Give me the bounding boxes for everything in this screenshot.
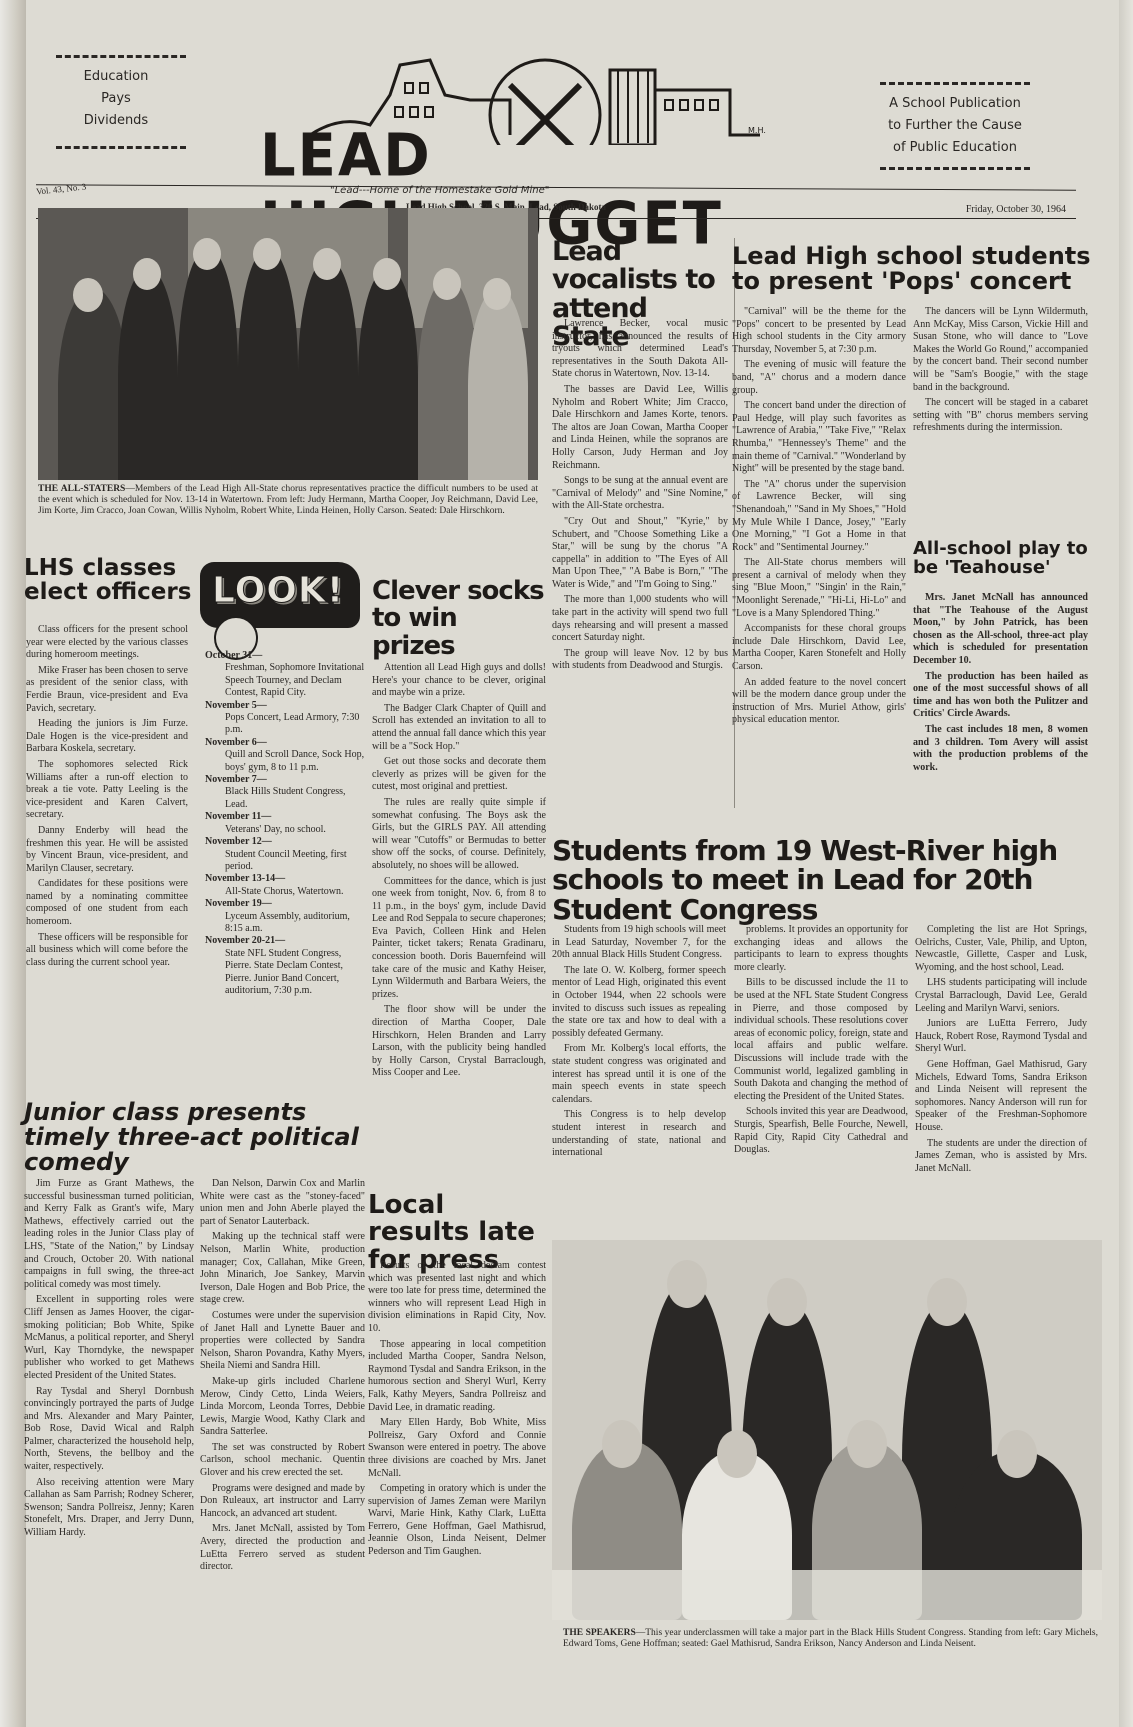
article-teahouse: Mrs. Janet McNall has announced that "Th… <box>913 592 1088 777</box>
issue-date: Friday, October 30, 1964 <box>966 204 1066 215</box>
caption-lead: THE SPEAKERS <box>563 1628 636 1638</box>
all-staters-caption: THE ALL-STATERS—Members of the Lead High… <box>38 484 538 517</box>
calendar-entry: October 31—Freshman, Sophomore Invitatio… <box>205 650 365 700</box>
article-junior-play-col2: Dan Nelson, Darwin Cox and Marlin White … <box>200 1178 365 1577</box>
ear-line: to Further the Cause <box>860 115 1050 137</box>
calendar-entry: November 5—Pops Concert, Lead Armory, 7:… <box>205 700 365 737</box>
article-officers: Class officers for the present school ye… <box>26 624 188 972</box>
page-edge <box>1119 0 1133 1727</box>
calendar-entry: November 19—Lyceum Assembly, auditorium,… <box>205 898 365 935</box>
speakers-caption: THE SPEAKERS—This year underclassmen wil… <box>563 1628 1098 1650</box>
article-junior-play-col1: Jim Furze as Grant Mathews, the successf… <box>24 1178 194 1543</box>
calendar-entry: November 12—Student Council Meeting, fir… <box>205 836 365 873</box>
ear-line: of Public Education <box>860 137 1050 159</box>
article-socks: Attention all Lead High guys and dolls! … <box>372 662 546 1083</box>
look-banner-text: LOOK! <box>212 570 344 611</box>
calendar-entry: November 11—Veterans' Day, no school. <box>205 811 365 836</box>
article-pops-col2: The dancers will be Lynn Wildermuth, Ann… <box>913 306 1088 438</box>
masthead: M.H. LEAD HIGH NUGGET "Lead---Home of th… <box>250 55 840 195</box>
calendar-entry: November 13-14—All-State Chorus, Waterto… <box>205 873 365 898</box>
ear-line: Dividends <box>36 110 196 132</box>
article-congress-col2: problems. It provides an opportunity for… <box>734 924 908 1160</box>
headline-teahouse: All-school play to be 'Teahouse' <box>913 540 1093 578</box>
left-ear: Education Pays Dividends <box>36 55 196 149</box>
speakers-photo <box>552 1240 1102 1620</box>
calendar-entry: November 6—Quill and Scroll Dance, Sock … <box>205 737 365 774</box>
headline-officers: LHS classes elect officers <box>24 556 194 604</box>
article-congress-col3: Completing the list are Hot Springs, Oel… <box>915 924 1087 1178</box>
article-local-results: Results of the local declam contest whic… <box>368 1260 546 1562</box>
headline-junior-play: Junior class presents timely three-act p… <box>24 1100 364 1176</box>
article-pops-col1: "Carnival" will be the theme for the "Po… <box>732 306 906 730</box>
headline-congress: Students from 19 West-River high schools… <box>552 836 1082 924</box>
look-banner: LOOK! <box>200 562 360 628</box>
headline-pops: Lead High school students to present 'Po… <box>732 244 1092 294</box>
calendar-entry: November 7—Black Hills Student Congress,… <box>205 774 365 811</box>
headline-socks: Clever socks to win prizes <box>372 578 547 660</box>
ear-line: Pays <box>36 88 196 110</box>
ear-line: A School Publication <box>860 93 1050 115</box>
article-vocalists: Lawrence Becker, vocal music instructor,… <box>552 318 728 676</box>
calendar-entry: November 20-21—State NFL Student Congres… <box>205 935 365 997</box>
right-ear: A School Publication to Further the Caus… <box>860 82 1050 170</box>
ear-line: Education <box>36 66 196 88</box>
all-staters-photo <box>38 208 538 480</box>
caption-lead: THE ALL-STATERS <box>38 484 125 494</box>
events-calendar: October 31—Freshman, Sophomore Invitatio… <box>205 650 365 997</box>
article-congress-col1: Students from 19 high schools will meet … <box>552 924 726 1163</box>
